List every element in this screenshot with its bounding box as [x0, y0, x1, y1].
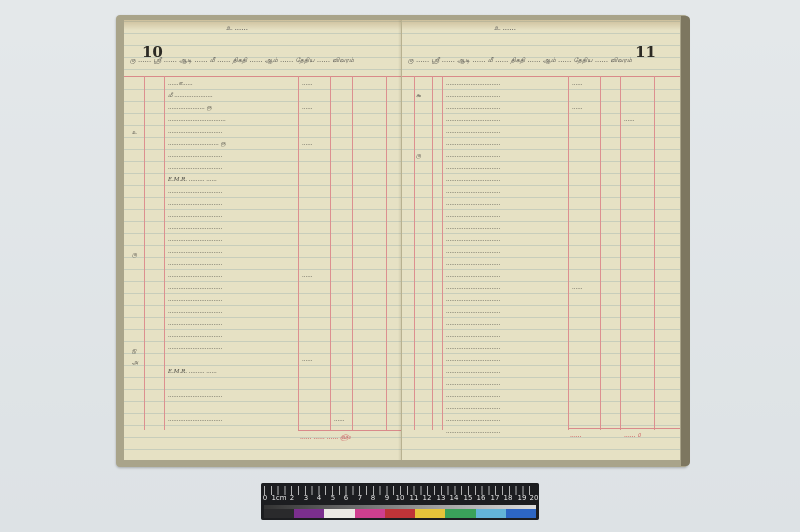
column-rule — [144, 76, 145, 430]
ledger-entry: ............................... — [168, 150, 222, 162]
amount-cell: ...... — [334, 414, 345, 426]
ruler-label: 18 — [504, 494, 513, 502]
ruler-label: 1cm — [271, 494, 286, 502]
swatch-blue — [506, 509, 536, 518]
ledger-entry: ............................... — [446, 210, 500, 222]
ledger-entry: ............................... — [446, 114, 500, 126]
ledger-entry: மீ ...................... — [168, 90, 213, 102]
page-heading-line: ரு ...... ஸ்ரீ ...... ஆடி ...... மீ ....… — [408, 57, 632, 65]
total-rule — [298, 430, 401, 431]
amount-cell: ...... — [302, 270, 313, 282]
swatch-cyan — [476, 509, 506, 518]
section-head: உ ...... — [494, 24, 516, 33]
ledger-entry: ............................... — [446, 258, 500, 270]
ledger-entry: ............................... — [446, 150, 500, 162]
header-rule — [124, 76, 401, 77]
left-page: உ ...... 10 ரு ...... ஸ்ரீ ...... ஆடி ..… — [124, 20, 402, 460]
ledger-entry: ............................... — [446, 162, 500, 174]
ledger-entry: ............................... — [168, 162, 222, 174]
ruler-label: 13 — [437, 494, 446, 502]
ledger-entry: ............................... — [168, 306, 222, 318]
ruler-label: 19 — [518, 494, 527, 502]
ledger-entry: ............................... — [446, 366, 500, 378]
ledger-entry: ............................... — [446, 138, 500, 150]
ruler-label: 15 — [464, 494, 473, 502]
amount-cell: ...... — [302, 78, 313, 90]
page-total-right: ...... ௦ — [624, 432, 641, 440]
header-rule — [402, 76, 680, 77]
water-stain — [402, 20, 680, 30]
ruler-label: 4 — [317, 494, 321, 502]
ledger-entry: E.M.R. ......... ...... — [168, 366, 217, 378]
ledger-entry: ............................... — [168, 330, 222, 342]
ledger-entry: ............................... — [168, 126, 222, 138]
ruler-label: 12 — [423, 494, 432, 502]
ruler-label: 11 — [410, 494, 419, 502]
ledger-entry: ............................... — [446, 282, 500, 294]
column-rule — [298, 76, 299, 430]
ruler-label: 0 — [263, 494, 267, 502]
ledger-entry: ............................... — [446, 198, 500, 210]
scan-background: உ ...... 10 ரு ...... ஸ்ரீ ...... ஆடி ..… — [0, 0, 800, 532]
column-rule — [164, 76, 165, 430]
ledger-entry: ..................... ரூ — [168, 102, 212, 114]
swatch-purple — [294, 509, 324, 518]
column-rule — [414, 76, 415, 430]
ledger-entry: ............................... — [446, 426, 500, 438]
water-stain — [124, 20, 401, 30]
ledger-entry: ............................... — [168, 258, 222, 270]
ruler-label: 5 — [331, 494, 335, 502]
ledger-entry: ............................... — [168, 186, 222, 198]
ledger-entry: ............................... — [446, 90, 500, 102]
margin-note: ௯ — [416, 90, 421, 102]
color-swatches — [264, 509, 536, 518]
ledger-entry: ............................... — [168, 234, 222, 246]
book-cover-edge — [681, 16, 690, 466]
ledger-entry: ............................... — [446, 402, 500, 414]
ledger-entry: ............................... — [168, 198, 222, 210]
ledger-entry: ............................... — [446, 126, 500, 138]
ledger-entry: ............................... — [446, 414, 500, 426]
column-rule — [654, 76, 655, 430]
ledger-entry: ............................... — [446, 318, 500, 330]
amount-cell: ...... — [302, 138, 313, 150]
ledger-entry: ............................... — [446, 270, 500, 282]
right-page: உ ...... 11 ரு ...... ஸ்ரீ ...... ஆடி ..… — [402, 20, 680, 460]
margin-note: அ — [132, 357, 138, 369]
ledger-entry: ............................... — [446, 186, 500, 198]
column-rule — [432, 76, 433, 430]
page-number: 11 — [635, 43, 656, 61]
ruler-label: 7 — [358, 494, 362, 502]
ledger-entry: ......௱...... — [168, 78, 193, 90]
ledger-entry: ............................... — [446, 306, 500, 318]
total-rule — [568, 428, 680, 429]
calibration-scale: 0 1cm 2 3 4 5 6 7 8 9 10 11 12 13 14 15 … — [261, 483, 539, 520]
ledger-entry: ............................... — [168, 342, 222, 354]
amount-cell: ...... — [572, 282, 583, 294]
amount-cell: ...... — [572, 102, 583, 114]
ruler-label: 14 — [450, 494, 459, 502]
page-total: ...... ...... ...... ௵ — [300, 434, 351, 442]
column-rule — [568, 76, 569, 430]
ruler-label: 3 — [304, 494, 308, 502]
amount-cell: ...... — [302, 102, 313, 114]
ruler-label: 20 — [530, 494, 539, 502]
ruler-label: 17 — [491, 494, 500, 502]
column-rule — [620, 76, 621, 430]
ledger-entry: ............................... — [446, 234, 500, 246]
ruler-label: 2 — [290, 494, 294, 502]
ledger-entry: ............................... — [446, 378, 500, 390]
column-rule — [600, 76, 601, 430]
ledger-entry: ............................... — [446, 222, 500, 234]
ledger-entry: ............................... — [168, 222, 222, 234]
column-rule — [352, 76, 353, 430]
ledger-entry: ............................... — [446, 174, 500, 186]
margin-note: ரு — [132, 249, 137, 261]
ledger-entry: ............................. ரூ — [168, 138, 226, 150]
swatch-yellow — [415, 509, 445, 518]
ledger-entry: ............................... — [168, 210, 222, 222]
ruler-label: 6 — [344, 494, 348, 502]
amount-cell: ...... — [572, 78, 583, 90]
ruler-label: 8 — [371, 494, 375, 502]
ledger-entry: ............................... — [446, 294, 500, 306]
section-head: உ ...... — [226, 24, 248, 33]
ledger-entry: ............................... — [168, 318, 222, 330]
ruler-label: 10 — [396, 494, 405, 502]
ledger-entry: ................................. — [168, 114, 226, 126]
swatch-black — [264, 509, 294, 518]
ledger-entry: ............................... — [446, 246, 500, 258]
swatch-white — [324, 509, 354, 518]
ledger-entry: ............................... — [168, 270, 222, 282]
ledger-entry: ............................... — [446, 390, 500, 402]
ruler-label: 16 — [477, 494, 486, 502]
margin-note: ரு — [416, 150, 421, 162]
ledger-entry: ............................... — [446, 330, 500, 342]
ledger-entry: ............................... — [446, 78, 500, 90]
ledger-entry: ............................... — [168, 246, 222, 258]
swatch-magenta — [355, 509, 385, 518]
ledger-entry: ............................... — [446, 354, 500, 366]
swatch-green — [445, 509, 475, 518]
page-total-left: ...... — [570, 432, 581, 439]
margin-note: ஐ — [132, 345, 136, 357]
ledger-entry: ............................... — [168, 282, 222, 294]
ruler-label: 9 — [385, 494, 389, 502]
ledger-entry: ............................... — [446, 102, 500, 114]
margin-note: உ — [132, 127, 137, 139]
ledger-entry: ............................... — [446, 342, 500, 354]
page-heading-line: ரு ...... ஸ்ரீ ...... ஆடி ...... மீ ....… — [130, 57, 354, 65]
column-rule — [330, 76, 331, 430]
swatch-red — [385, 509, 415, 518]
column-rule — [386, 76, 387, 430]
ledger-entry: ............................... — [168, 414, 222, 426]
column-rule — [442, 76, 443, 430]
ledger-entry: E.M.R. ......... ...... — [168, 174, 217, 186]
ruler-labels: 0 1cm 2 3 4 5 6 7 8 9 10 11 12 13 14 15 … — [261, 494, 539, 504]
ledger-entry: ............................... — [168, 294, 222, 306]
amount-cell: ...... — [302, 354, 313, 366]
ledger-entry: ............................... — [168, 390, 222, 402]
amount-cell: ...... — [624, 114, 635, 126]
